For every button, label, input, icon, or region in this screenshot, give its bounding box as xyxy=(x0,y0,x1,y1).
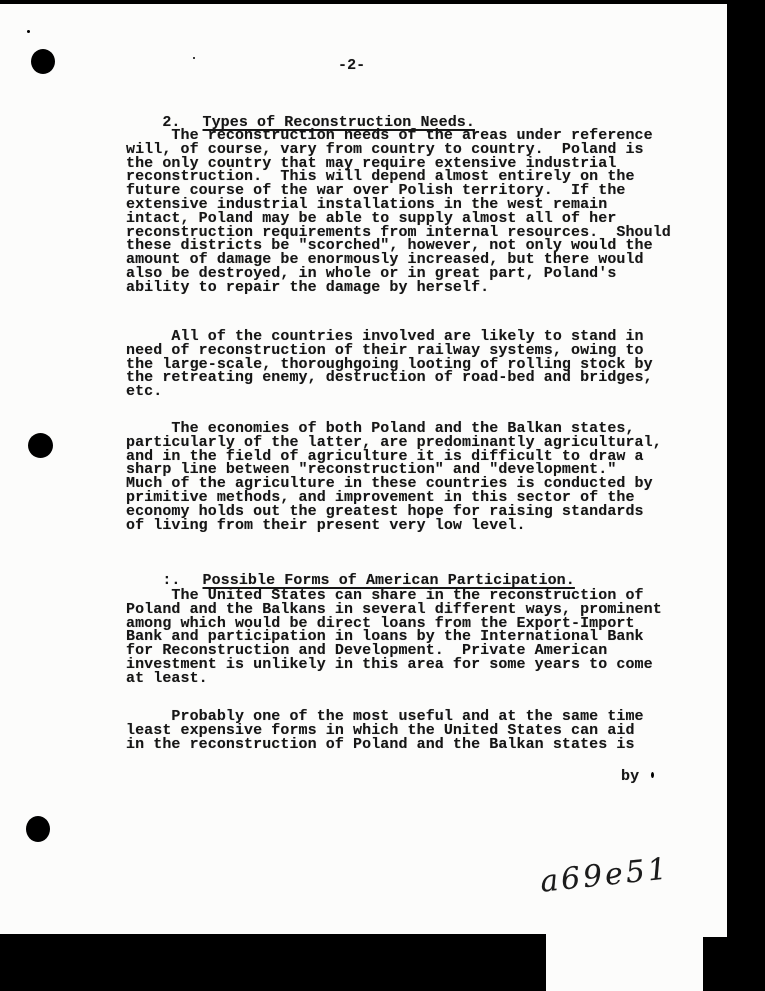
hole-punch-bottom xyxy=(26,816,50,842)
scanned-document-page: -2- 2.Types of Reconstruction Needs. The… xyxy=(0,0,765,991)
scan-edge-top xyxy=(0,0,765,4)
hole-punch-middle xyxy=(28,433,53,458)
handwritten-archive-code: a69e51 xyxy=(539,851,672,899)
paragraph-reconstruction-overview: The reconstruction needs of the areas un… xyxy=(126,129,671,295)
scan-speck xyxy=(651,772,654,778)
scan-speck xyxy=(193,57,195,59)
paragraph-railway-systems: All of the countries involved are likely… xyxy=(126,330,653,399)
paragraph-us-participation-forms: The United States can share in the recon… xyxy=(126,589,662,686)
scan-corner-patch xyxy=(703,937,765,991)
scan-edge-right xyxy=(727,0,765,991)
catchword-by: by xyxy=(621,770,639,784)
scan-speck xyxy=(27,30,30,33)
hole-punch-top xyxy=(31,49,55,74)
scan-edge-bottom xyxy=(0,934,546,991)
paragraph-agricultural-economies: The economies of both Poland and the Bal… xyxy=(126,422,662,532)
page-number: -2- xyxy=(338,59,365,73)
paragraph-most-useful-forms: Probably one of the most useful and at t… xyxy=(126,710,644,751)
